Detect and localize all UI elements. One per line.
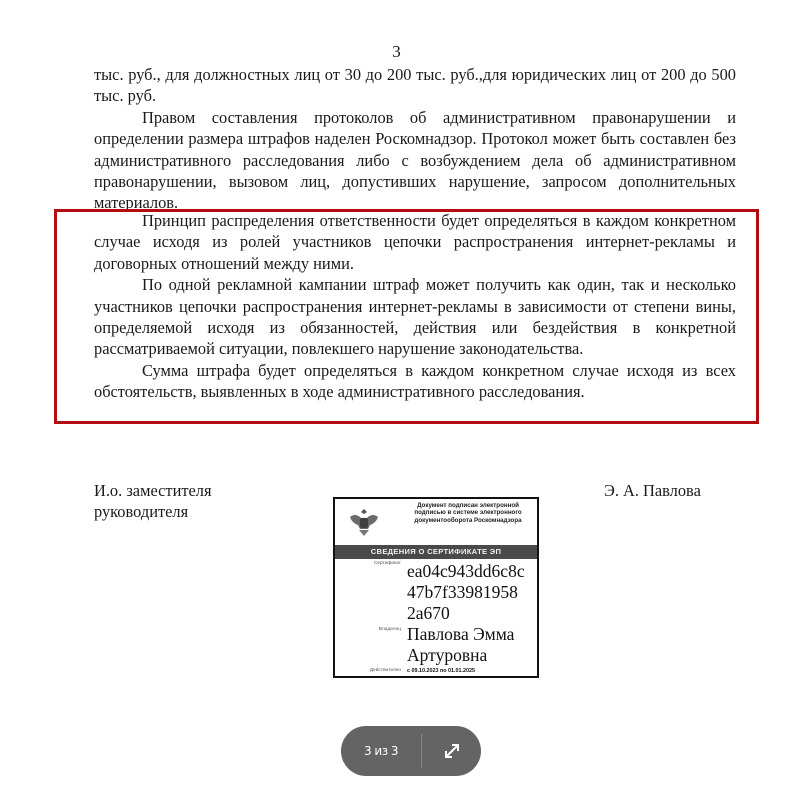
paragraph: По одной рекламной кампании штраф может … (94, 274, 736, 360)
owner-label: Владелец (339, 627, 401, 632)
validity-label: Действителен (339, 668, 401, 673)
validity-dates: с 09.10.2023 по 01.01.2025 (407, 668, 475, 674)
certificate-line: 2a670 (407, 603, 525, 624)
paragraph: Сумма штрафа будет определяться в каждом… (94, 360, 736, 403)
e-signature-stamp: Документ подписан электронной подписью в… (333, 497, 539, 678)
body-text-top: тыс. руб., для должностных лиц от 30 до … (94, 64, 736, 214)
page-number: 3 (0, 42, 793, 62)
paragraph: Правом составления протоколов об админис… (94, 107, 736, 214)
paragraph: тыс. руб., для должностных лиц от 30 до … (94, 64, 736, 107)
signatory-name: Э. А. Павлова (604, 480, 701, 501)
highlighted-text: Принцип распределения ответственности бу… (94, 210, 736, 403)
certificate-line: ea04c943dd6c8c (407, 561, 525, 582)
certificate-label: Сертификат (339, 561, 401, 566)
certificate-line: 47b7f33981958 (407, 582, 525, 603)
fullscreen-button[interactable] (422, 726, 481, 776)
page-indicator: 3 из 3 (341, 744, 421, 758)
stamp-title: Документ подписан электронной подписью в… (403, 502, 533, 524)
viewer-controls: 3 из 3 (341, 726, 481, 776)
coat-of-arms-icon (347, 505, 381, 539)
certificate-header: СВЕДЕНИЯ О СЕРТИФИКАТЕ ЭП (335, 545, 537, 559)
owner-line: Павлова Эмма (407, 624, 525, 645)
paragraph: Принцип распределения ответственности бу… (94, 210, 736, 274)
expand-arrows-icon (443, 742, 461, 760)
signatory-position: И.о. заместителя руководителя (94, 480, 294, 522)
owner-line: Артуровна (407, 645, 525, 666)
certificate-number: ea04c943dd6c8c 47b7f33981958 2a670 Павло… (407, 561, 525, 666)
